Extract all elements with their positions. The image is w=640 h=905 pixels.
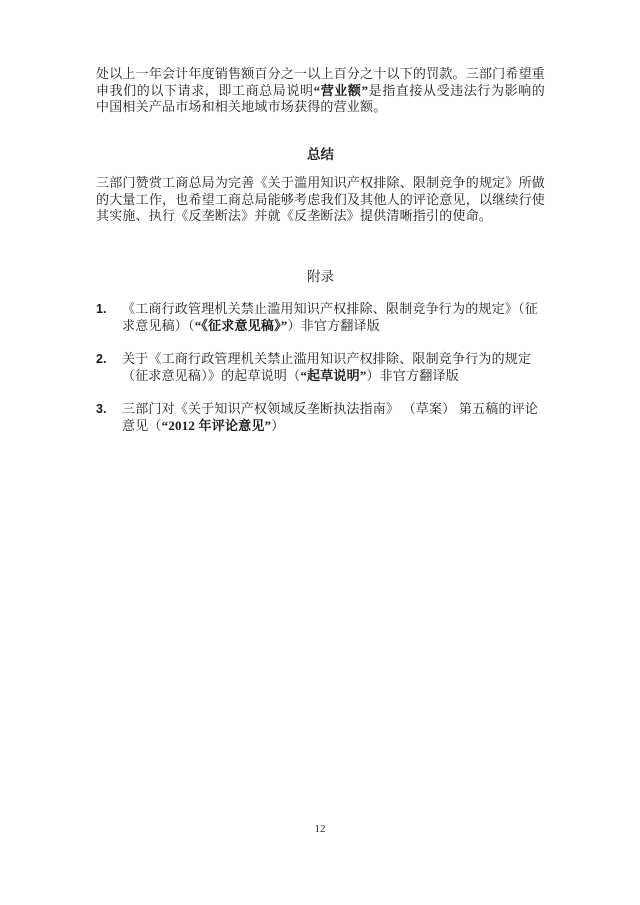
summary-heading: 总结	[96, 147, 545, 164]
appendix-item-1-number: 1.	[96, 301, 122, 318]
appendix-item-3: 3. 三部门对《关于知识产权领域反垄断执法指南》 （草案） 第五稿的评论意见（“…	[96, 401, 545, 434]
appendix-item-1-text: 《工商行政管理机关禁止滥用知识产权排除、限制竞争行为的规定》（征求意见稿）（“《…	[122, 301, 545, 334]
appendix-list: 1. 《工商行政管理机关禁止滥用知识产权排除、限制竞争行为的规定》（征求意见稿）…	[96, 301, 545, 434]
appendix-item-2-bold-term: “起草说明”	[300, 368, 366, 383]
appendix-item-2-post: ）非官方翻译版	[367, 368, 459, 383]
appendix-item-2: 2. 关于《工商行政管理机关禁止滥用知识产权排除、限制竞争行为的规定（征求意见稿…	[96, 351, 545, 384]
appendix-item-3-bold-term: “2012 年评论意见”	[162, 418, 272, 433]
appendix-item-1-post: ）非官方翻译版	[288, 318, 380, 333]
appendix-item-1-bold-term: “《征求意见稿》”	[195, 318, 288, 333]
document-page: 处以上一年会计年度销售额百分之一以上百分之十以下的罚款。三部门希望重申我们的以下…	[0, 0, 640, 905]
appendix-item-2-text: 关于《工商行政管理机关禁止滥用知识产权排除、限制竞争行为的规定（征求意见稿）》的…	[122, 351, 545, 384]
appendix-item-3-number: 3.	[96, 401, 122, 418]
appendix-item-1: 1. 《工商行政管理机关禁止滥用知识产权排除、限制竞争行为的规定》（征求意见稿）…	[96, 301, 545, 334]
paragraph-summary: 三部门赞赏工商总局为完善《关于滥用知识产权排除、限制竞争的规定》所做的大量工作，…	[96, 175, 545, 225]
document-body: 处以上一年会计年度销售额百分之一以上百分之十以下的罚款。三部门希望重申我们的以下…	[96, 66, 545, 434]
appendix-item-3-post: ）	[271, 418, 284, 433]
page-number: 12	[0, 823, 640, 836]
appendix-item-3-text: 三部门对《关于知识产权领域反垄断执法指南》 （草案） 第五稿的评论意见（“201…	[122, 401, 545, 434]
appendix-item-2-number: 2.	[96, 351, 122, 368]
appendix-heading: 附录	[96, 269, 545, 286]
paragraph-penalty: 处以上一年会计年度销售额百分之一以上百分之十以下的罚款。三部门希望重申我们的以下…	[96, 66, 545, 116]
paragraph-penalty-bold-term: “营业额”	[314, 83, 369, 98]
